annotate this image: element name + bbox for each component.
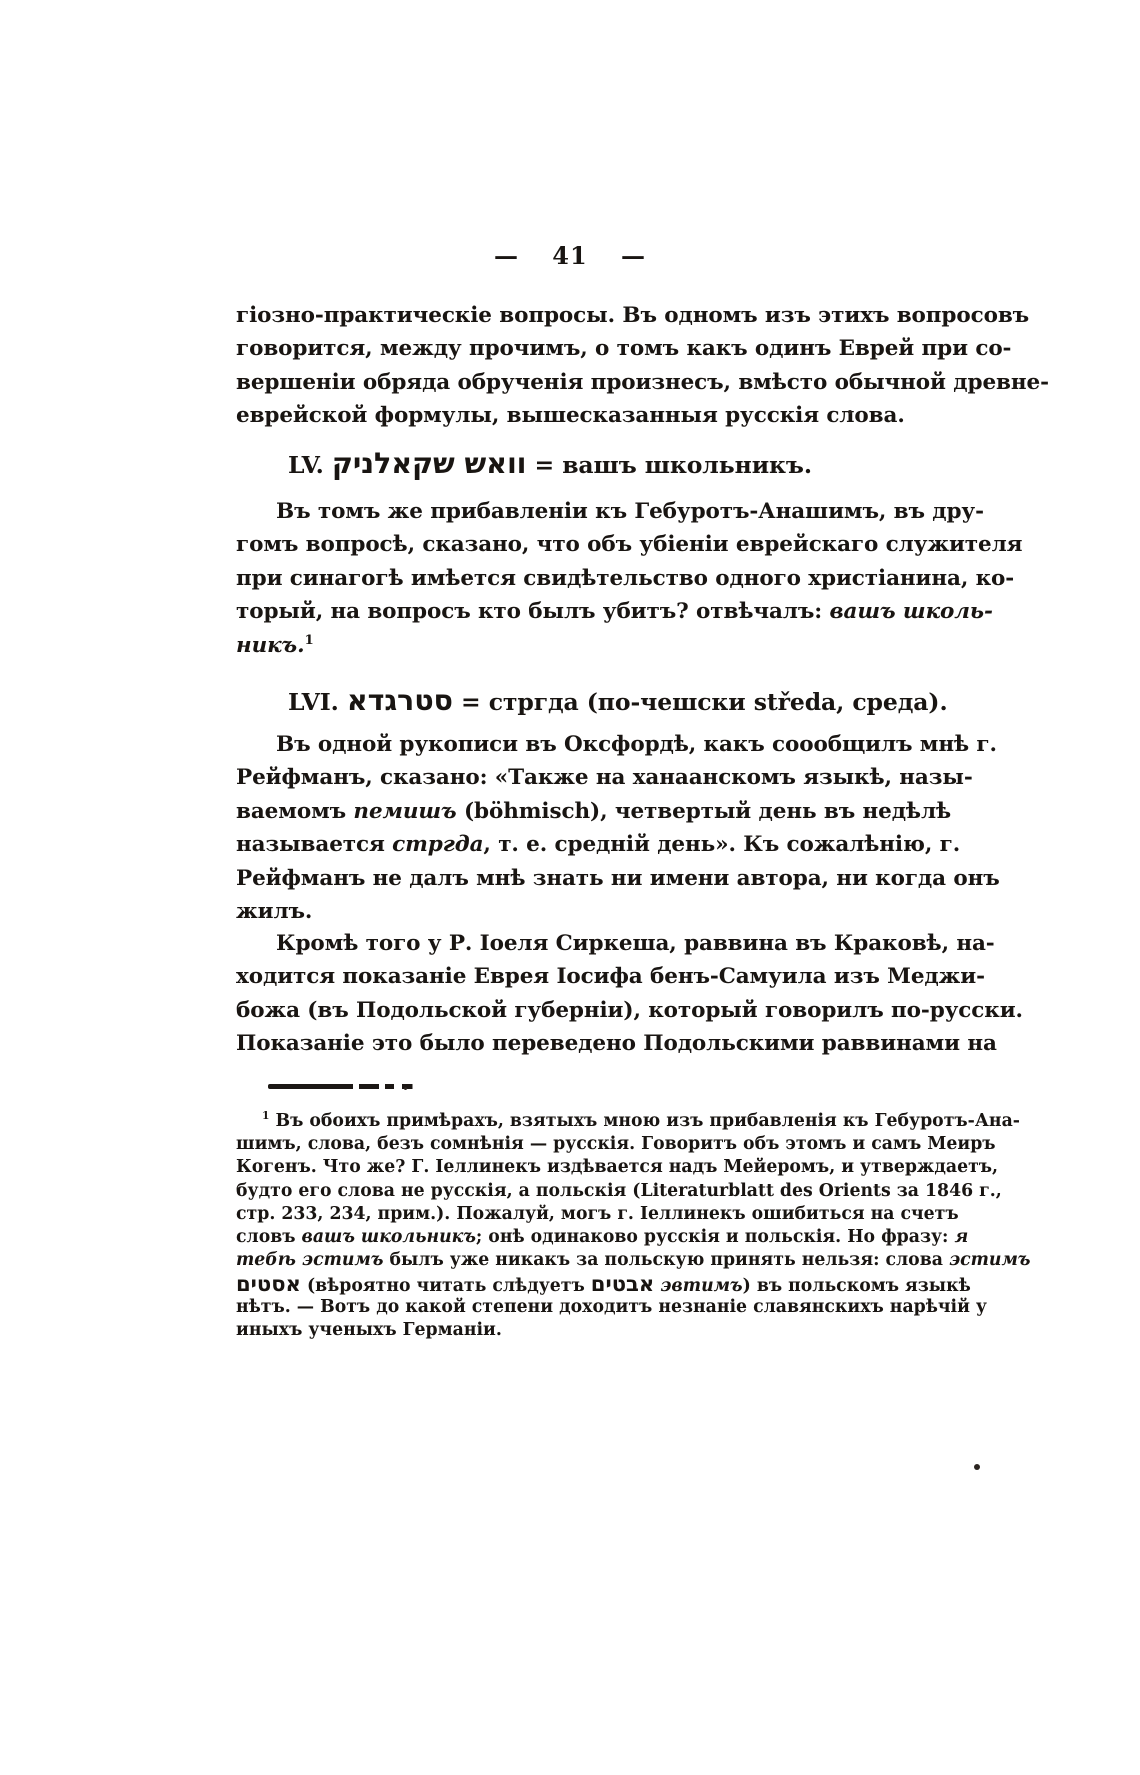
text-line: никъ.1	[236, 629, 909, 662]
text-line: гомъ вопросѣ, сказано, что объ убіеніи е…	[236, 528, 909, 561]
text-run: вашъ школь-	[830, 599, 993, 624]
text-line: говорится, между прочимъ, о томъ какъ од…	[236, 332, 909, 365]
text-run: стргда	[392, 832, 483, 857]
section-heading-lv: LV. וואש שקאלניק = вашъ школьникъ.	[236, 447, 909, 480]
text-line: Показаніе это было переведено Подольским…	[236, 1027, 909, 1060]
text-run: Рейфманъ, сказано: «Также на ханаанскомъ…	[236, 765, 973, 790]
text-line: словъ вашъ школьникъ; онѣ одинаково русс…	[236, 1226, 909, 1249]
text-line: иныхъ ученыхъ Германіи.	[236, 1319, 909, 1342]
text-run: вершеніи обряда обрученія произнесъ, вмѣ…	[236, 370, 1049, 395]
text-run: (вѣроятно читать слѣдуетъ	[301, 1276, 591, 1296]
text-line: шимъ, слова, безъ сомнѣнія — русскія. Го…	[236, 1133, 909, 1156]
text-run: , т. е. средній день». Къ сожалѣнію, г.	[483, 832, 960, 857]
text-line: торый, на вопросъ кто былъ убитъ? отвѣча…	[236, 595, 909, 628]
page-number: — 41 —	[0, 241, 1140, 270]
text-run: былъ уже никакъ за польскую принять нель…	[383, 1250, 949, 1270]
text-run: = стргда (по-чешски středa, среда).	[453, 688, 948, 716]
text-run: будто его слова не русскія, а польскія (…	[236, 1181, 1002, 1201]
text-run: LVI.	[288, 688, 347, 716]
text-line: Въ одной рукописи въ Оксфордѣ, какъ сооо…	[236, 728, 909, 761]
text-line: ходится показаніе Еврея Іосифа бенъ-Саму…	[236, 960, 909, 993]
hebrew-word: סטרגדא	[347, 683, 453, 717]
hebrew-word: וואש שקאלניק	[332, 446, 527, 480]
text-line: называется стргда, т. е. средній день». …	[236, 828, 909, 861]
paragraph-1: гіозно-практическіе вопросы. Въ одномъ и…	[236, 299, 909, 433]
text-line: ваемомъ пемишъ (böhmisch), четвертый ден…	[236, 795, 909, 828]
scan-speck	[974, 1464, 980, 1470]
text-line: LVI. סטרגדא = стргда (по-чешски středa, …	[236, 684, 909, 717]
text-line: Рейфманъ, сказано: «Также на ханаанскомъ…	[236, 761, 909, 794]
text-run: Когенъ. Что же? Г. Іеллинекъ издѣвается …	[236, 1157, 998, 1177]
text-run: Рейфманъ не далъ мнѣ знать ни имени авто…	[236, 866, 1000, 891]
text-run: LV.	[288, 451, 332, 479]
hebrew-word: אבטים	[591, 1271, 654, 1296]
hebrew-word: אסטים	[236, 1271, 301, 1296]
text-run: 1	[304, 631, 313, 647]
scan-speck	[404, 1087, 407, 1090]
text-run: эстимъ	[949, 1250, 1031, 1270]
text-run: божа (въ Подольской губерніи), который г…	[236, 998, 1023, 1023]
text-run: я	[954, 1227, 968, 1247]
section-heading-lvi: LVI. סטרגדא = стргда (по-чешски středa, …	[236, 684, 909, 717]
text-line: жилъ.	[236, 895, 909, 928]
text-line: 1 Въ обоихъ примѣрахъ, взятыхъ мною изъ …	[236, 1110, 909, 1133]
text-run: иныхъ ученыхъ Германіи.	[236, 1320, 502, 1340]
text-run: ) въ польскомъ языкѣ	[743, 1276, 971, 1296]
footnote-rule	[268, 1084, 420, 1089]
text-line: Когенъ. Что же? Г. Іеллинекъ издѣвается …	[236, 1156, 909, 1179]
text-run: ходится показаніе Еврея Іосифа бенъ-Саму…	[236, 964, 985, 989]
text-run: Въ одной рукописи въ Оксфордѣ, какъ сооо…	[276, 732, 997, 757]
text-run: стр. 233, 234, прим.). Пожалуй, могъ г. …	[236, 1204, 959, 1224]
text-line: божа (въ Подольской губерніи), который г…	[236, 994, 909, 1027]
text-run: пемишъ	[353, 799, 456, 824]
text-run: тебѣ эстимъ	[236, 1250, 383, 1270]
footnote: 1 Въ обоихъ примѣрахъ, взятыхъ мною изъ …	[236, 1110, 909, 1342]
text-run: шимъ, слова, безъ сомнѣнія — русскія. Го…	[236, 1134, 996, 1154]
text-run: при синагогѣ имѣется свидѣтельство одног…	[236, 566, 1014, 591]
text-line: нѣтъ. — Вотъ до какой степени доходитъ н…	[236, 1296, 909, 1319]
text-line: будто его слова не русскія, а польскія (…	[236, 1180, 909, 1203]
text-run: ; онѣ одинаково русскія и польскія. Но ф…	[476, 1227, 955, 1247]
text-run: Въ томъ же прибавленіи къ Гебуротъ-Анаши…	[276, 499, 984, 524]
text-line: Кромѣ того у Р. Іоеля Сиркеша, раввина в…	[236, 927, 909, 960]
text-line: LV. וואש שקאלניק = вашъ школьникъ.	[236, 447, 909, 480]
text-line: еврейской формулы, вышесказанныя русскія…	[236, 399, 909, 432]
text-line: Рейфманъ не далъ мнѣ знать ни имени авто…	[236, 862, 909, 895]
book-page: — 41 — гіозно-практическіе вопросы. Въ о…	[0, 0, 1140, 1775]
text-run: говорится, между прочимъ, о томъ какъ од…	[236, 336, 1011, 361]
paragraph-3: Въ одной рукописи въ Оксфордѣ, какъ сооо…	[236, 728, 909, 928]
text-run: гіозно-практическіе вопросы. Въ одномъ и…	[236, 303, 1029, 328]
text-run: никъ.	[236, 633, 304, 658]
scan-speck	[848, 410, 852, 414]
text-run: Въ обоихъ примѣрахъ, взятыхъ мною изъ пр…	[269, 1111, 1019, 1131]
text-line: тебѣ эстимъ былъ уже никакъ за польскую …	[236, 1249, 909, 1272]
text-run: вашъ школьникъ	[302, 1227, 476, 1247]
text-line: гіозно-практическіе вопросы. Въ одномъ и…	[236, 299, 909, 332]
text-run: эвтимъ	[660, 1276, 742, 1296]
paragraph-4: Кромѣ того у Р. Іоеля Сиркеша, раввина в…	[236, 927, 909, 1061]
text-run: (böhmisch), четвертый день въ недѣлѣ	[457, 799, 951, 824]
text-run: жилъ.	[236, 899, 312, 924]
text-run: ваемомъ	[236, 799, 353, 824]
text-run: Кромѣ того у Р. Іоеля Сиркеша, раввина в…	[276, 931, 995, 956]
text-run: еврейской формулы, вышесказанныя русскія…	[236, 403, 905, 428]
text-run: гомъ вопросѣ, сказано, что объ убіеніи е…	[236, 532, 1022, 557]
text-run: называется	[236, 832, 392, 857]
text-line: стр. 233, 234, прим.). Пожалуй, могъ г. …	[236, 1203, 909, 1226]
text-line: вершеніи обряда обрученія произнесъ, вмѣ…	[236, 366, 909, 399]
text-run: нѣтъ. — Вотъ до какой степени доходитъ н…	[236, 1297, 987, 1317]
text-run: словъ	[236, 1227, 302, 1247]
text-line: Въ томъ же прибавленіи къ Гебуротъ-Анаши…	[236, 495, 909, 528]
paragraph-2: Въ томъ же прибавленіи къ Гебуротъ-Анаши…	[236, 495, 909, 662]
text-line: при синагогѣ имѣется свидѣтельство одног…	[236, 562, 909, 595]
text-run: = вашъ школьникъ.	[526, 451, 812, 479]
text-line: אסטים (вѣроятно читать слѣдуетъ אבטים эв…	[236, 1272, 909, 1295]
text-run: торый, на вопросъ кто былъ убитъ? отвѣча…	[236, 599, 830, 624]
text-run: Показаніе это было переведено Подольским…	[236, 1031, 997, 1056]
